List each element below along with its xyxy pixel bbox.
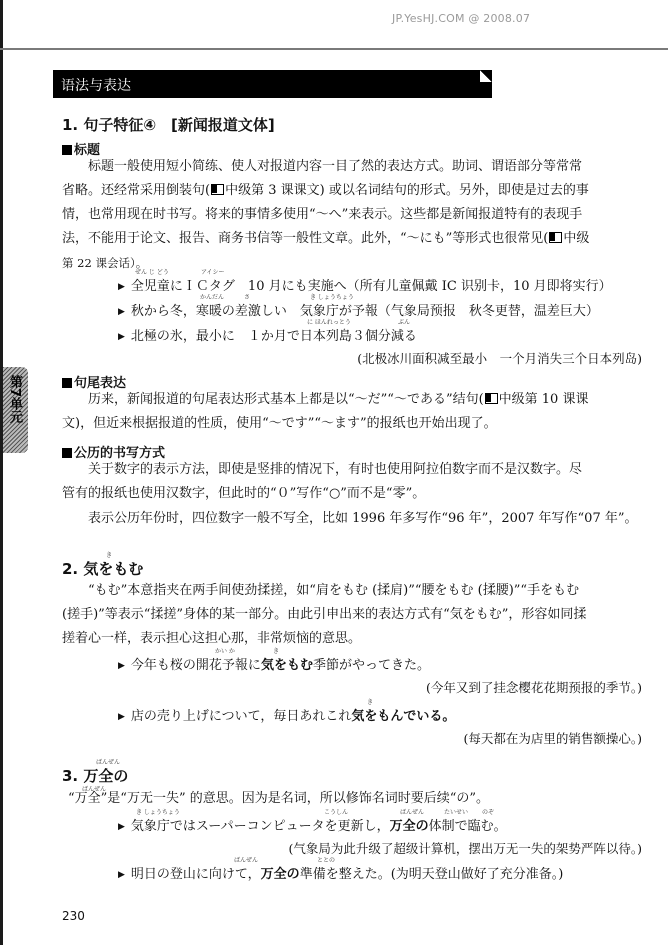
book-reference-icon bbox=[549, 232, 562, 243]
example-line: ▶北極の氷，最小に １か月で日本列島３個分減る bbox=[118, 325, 417, 344]
square-bullet-icon bbox=[62, 145, 72, 155]
example-line: ▶店の売り上げについて，毎日あれこれ気をもんでいる。 bbox=[118, 705, 455, 724]
section-3-title: 3. 万全の bbox=[62, 765, 128, 786]
paragraph-line: 表示公历年份时，四位数字一般不写全，比如 1996 年多写作“96 年”，200… bbox=[62, 507, 638, 531]
section-2-title: 2. 気をもむ bbox=[62, 558, 143, 579]
paragraph-line: 管有的报纸也使用汉数字，但此时的“０”写作“○”而不是“零”。 bbox=[62, 482, 425, 506]
paragraph-line: 搓着心一样，表示担心这担心那，非常烦恼的意思。 bbox=[62, 627, 361, 651]
unit-side-tab: 第7单元 bbox=[3, 367, 28, 453]
example-line: ▶全児童にＩＣタグ 10 月にも実施へ（所有儿童佩戴 IC 识别卡，10 月即将… bbox=[118, 275, 612, 294]
paragraph-line: 法，不能用于论文、报告、商务书信等一般性文章。此外，“～にも”等形式也很常见(中… bbox=[62, 227, 589, 251]
example-translation: (每天都在为店里的销售额操心。) bbox=[463, 729, 642, 747]
book-reference-icon bbox=[485, 393, 498, 404]
example-line: ▶秋から冬，寒暖の差激しい 気象庁が予報（气象局预报 秋冬更替，温差巨大） bbox=[118, 300, 599, 319]
triangle-bullet-icon: ▶ bbox=[118, 661, 125, 671]
triangle-bullet-icon: ▶ bbox=[118, 307, 125, 317]
paragraph-line: 省略。还经常采用倒装句(中级第 3 课课文) 或以名词结句的形式。另外，即使是过… bbox=[62, 179, 589, 203]
example-translation: (气象局为此升级了超级计算机，摆出万无一失的架势严阵以待。) bbox=[288, 839, 642, 857]
paragraph-line: 历来，新闻报道的句尾表达形式基本上都是以“～だ”“～である”结句(中级第 10 … bbox=[62, 388, 588, 412]
section-1-title: 1. 句子特征④ [新闻报道文体] bbox=[62, 114, 275, 135]
watermark: JP.YesHJ.COM @ 2008.07 bbox=[392, 12, 530, 25]
paragraph-line: (搓手)”等表示“揉搓”身体的某一部分。由此引申出来的表达方式有“気をもむ”，形… bbox=[62, 603, 586, 627]
paragraph-line: “万全”是“万无一失” 的意思。因为是名词，所以修饰名词时要后续“の”。 bbox=[68, 787, 489, 811]
triangle-bullet-icon: ▶ bbox=[118, 870, 125, 880]
triangle-bullet-icon: ▶ bbox=[118, 712, 125, 722]
triangle-bullet-icon: ▶ bbox=[118, 822, 125, 832]
book-reference-icon bbox=[211, 184, 224, 195]
paragraph-line: “もむ”本意指夹在两手间使劲揉搓，如“肩をもむ (揉肩)”“腰をもむ (揉腰)”… bbox=[62, 579, 579, 603]
paragraph-line: 标题一般使用短小简练、使人对报道内容一目了然的表达方式。助词、谓语部分等常常 bbox=[62, 155, 582, 179]
paragraph-line: 文)，但近来根据报道的性质，使用“～です”“～ます”的报纸也开始出现了。 bbox=[62, 412, 497, 436]
triangle-bullet-icon: ▶ bbox=[118, 282, 125, 292]
unit-label: 第7单元 bbox=[9, 375, 23, 423]
page-left-edge bbox=[0, 0, 3, 945]
example-line: ▶気象庁ではスーパーコンピュータを更新し，万全の体制で臨む。 bbox=[118, 815, 507, 834]
example-translation: (北极冰川面积减至最小 一个月消失三个日本列岛) bbox=[357, 349, 642, 367]
square-bullet-icon bbox=[62, 378, 72, 388]
header-title: 语法与表达 bbox=[61, 75, 131, 95]
top-rule bbox=[0, 48, 668, 50]
page-number: 230 bbox=[62, 909, 85, 923]
page-fold-icon bbox=[480, 70, 492, 82]
triangle-bullet-icon: ▶ bbox=[118, 332, 125, 342]
paragraph-line: 情，也常用现在时书写。将来的事情多使用“～へ”来表示。这些都是新闻报道特有的表现… bbox=[62, 203, 582, 227]
example-line: ▶明日の登山に向けて，万全の準備を整えた。(为明天登山做好了充分准备。) bbox=[118, 863, 563, 882]
paragraph-line: 关于数字的表示方法，即使是竖排的情况下，有时也使用阿拉伯数字而不是汉数字。尽 bbox=[62, 458, 582, 482]
example-line: ▶今年も桜の開花予報に気をもむ季節がやってきた。 bbox=[118, 654, 430, 673]
example-translation: (今年又到了挂念樱花花期预报的季节。) bbox=[426, 678, 642, 696]
section-header-bar: 语法与表达 bbox=[53, 70, 492, 98]
square-bullet-icon bbox=[62, 448, 72, 458]
